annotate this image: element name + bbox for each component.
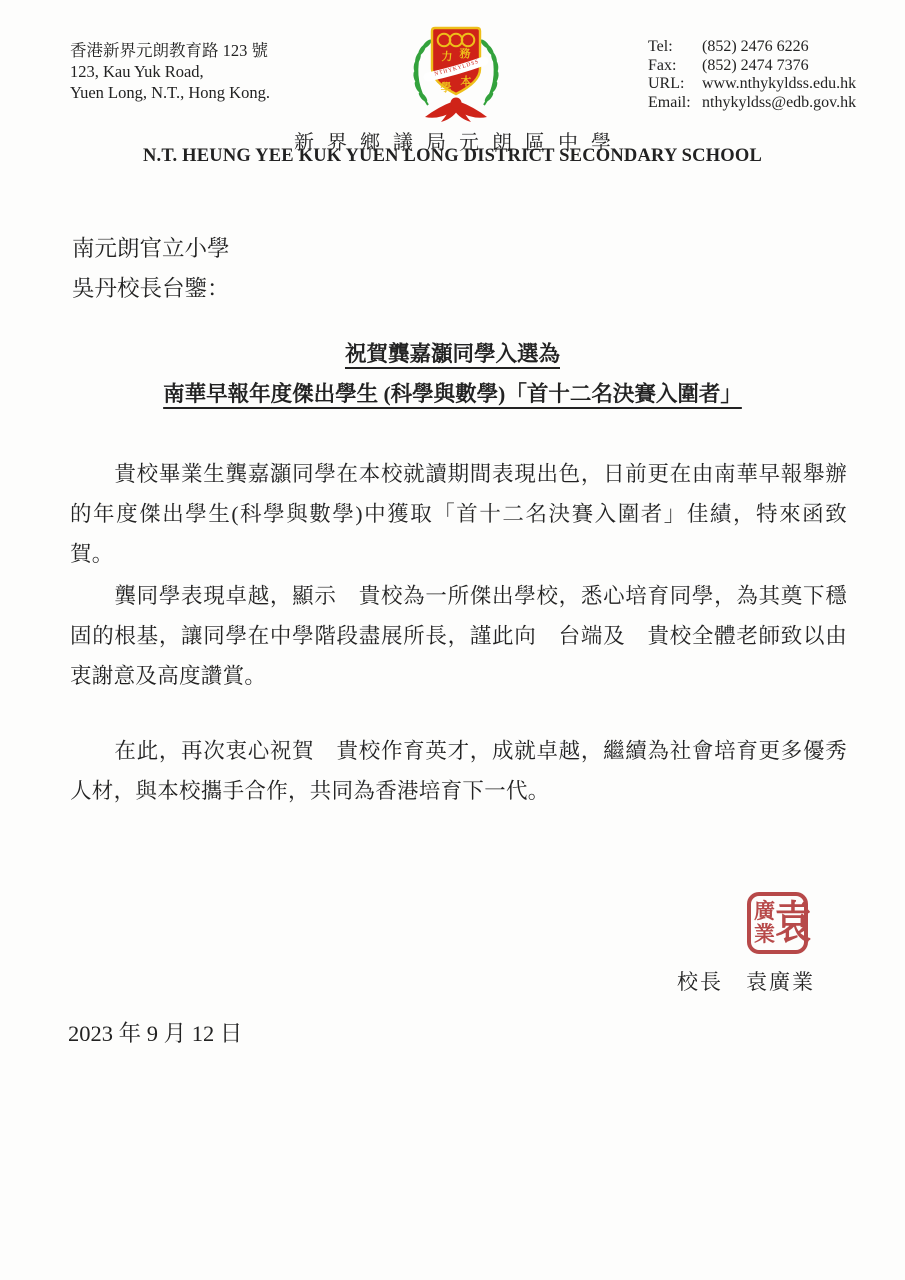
school-crest-logo: 力 務 NTHYKYLDSS 學 本 bbox=[408, 24, 504, 126]
motto-char-wu: 務 bbox=[459, 46, 471, 60]
motto-char-xue: 學 bbox=[440, 80, 452, 94]
motto-char-li: 力 bbox=[442, 49, 453, 63]
email-value: nthykyldss@edb.gov.hk bbox=[702, 94, 856, 111]
school-name-english: N.T. HEUNG YEE KUK YUEN LONG DISTRICT SE… bbox=[0, 146, 905, 167]
letter-page: 香港新界元朗教育路 123 號 123, Kau Yuk Road, Yuen … bbox=[0, 0, 905, 1280]
contact-info: Tel: (852) 2476 6226 Fax: (852) 2474 737… bbox=[648, 38, 856, 112]
ribbon-bow bbox=[425, 98, 487, 123]
tel-label: Tel: bbox=[648, 38, 698, 57]
date-line: 2023 年 9 月 12 日 bbox=[68, 1016, 242, 1048]
subject-line-1: 祝賀龔嘉灝同學入選為 bbox=[0, 334, 905, 374]
email-label: Email: bbox=[648, 94, 698, 113]
motto-char-ben: 本 bbox=[461, 74, 472, 88]
body-paragraph-1: 貴校畢業生龔嘉灝同學在本校就讀期間表現出色，日前更在由南華早報舉辦的年度傑出學生… bbox=[70, 454, 847, 574]
body-paragraph-3: 在此，再次衷心祝賀 貴校作育英才，成就卓越，繼續為社會培育更多優秀人材，與本校攜… bbox=[70, 731, 847, 811]
fax-label: Fax: bbox=[648, 57, 698, 76]
url-label: URL: bbox=[648, 75, 698, 94]
subject-heading: 祝賀龔嘉灝同學入選為 南華早報年度傑出學生 (科學與數學)「首十二名決賽入圍者」 bbox=[0, 334, 905, 414]
salutation: 吳丹校長台鑒： bbox=[72, 271, 230, 303]
contact-row-url: URL: www.nthykyldss.edu.hk bbox=[648, 75, 856, 94]
contact-row-email: Email: nthykyldss@edb.gov.hk bbox=[648, 94, 856, 113]
crest-graphic: 力 務 NTHYKYLDSS 學 本 bbox=[408, 24, 504, 126]
fax-value: (852) 2474 7376 bbox=[702, 57, 809, 74]
tel-value: (852) 2476 6226 bbox=[702, 38, 809, 55]
url-value: www.nthykyldss.edu.hk bbox=[702, 75, 856, 92]
address-line-zh: 香港新界元朗教育路 123 號 bbox=[70, 40, 270, 61]
seal-left-column: 廣 業 bbox=[754, 900, 775, 946]
seal-char-yip: 業 bbox=[754, 923, 775, 946]
contact-row-tel: Tel: (852) 2476 6226 bbox=[648, 38, 856, 57]
recipient-school: 南元朗官立小學 bbox=[72, 231, 230, 263]
subject-line-2: 南華早報年度傑出學生 (科學與數學)「首十二名決賽入圍者」 bbox=[0, 374, 905, 414]
principal-seal-stamp: 廣 業 袁 bbox=[747, 892, 808, 954]
contact-row-fax: Fax: (852) 2474 7376 bbox=[648, 57, 856, 76]
seal-char-yuen: 袁 bbox=[775, 901, 811, 946]
address-line-region: Yuen Long, N.T., Hong Kong. bbox=[70, 82, 270, 103]
address-line-street: 123, Kau Yuk Road, bbox=[70, 61, 270, 82]
sender-address: 香港新界元朗教育路 123 號 123, Kau Yuk Road, Yuen … bbox=[70, 40, 270, 103]
seal-char-kwong: 廣 bbox=[754, 900, 775, 923]
signature-line: 校長 袁廣業 bbox=[0, 966, 815, 996]
body-paragraph-2: 龔同學表現卓越，顯示 貴校為一所傑出學校，悉心培育同學，為其奠下穩固的根基，讓同… bbox=[70, 576, 847, 696]
